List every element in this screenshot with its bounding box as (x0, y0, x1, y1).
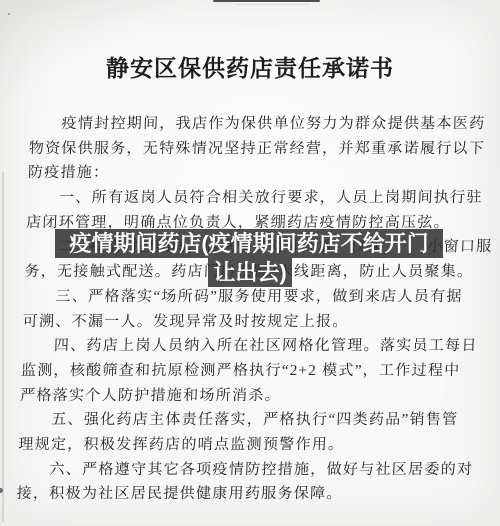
overlay-caption-line2: 让出去) (208, 258, 292, 287)
body-line: 物资保供服务，无特殊情况坚持正常经营，并郑重承诺履行以下 (28, 137, 499, 162)
body-line: 三、严格落实“场所码”服务使用要求，做到来店人员有据 (23, 285, 494, 310)
scan-edge-mark-echo (236, 4, 310, 6)
body-line: 四、药店上岗人员纳入所在社区网格化管理。落实员工每日 (21, 334, 492, 359)
body-line: 理规定，积极发挥药店的哨点监测预警作用。 (18, 433, 489, 458)
overlay-caption-line1: 疫情期间药店(疫情期间药店不给开门 (55, 229, 443, 258)
body-line: 六、严格遵守其它各项疫情防控措施，做好与社区居委的对 (17, 458, 488, 483)
scan-edge-mark (213, 0, 320, 2)
body-line: 接，积极为社区居民提供健康用药服务保障。 (16, 482, 487, 507)
document-title: 静安区保供药店责任承诺书 (0, 53, 500, 83)
scanned-document-page: 静安区保供药店责任承诺书 疫情封控期间，我店作为保供单位努力为群众提供基本医药 … (0, 0, 500, 526)
body-line: 五、强化药店主体责任落实，严格执行“四类药品”销售管 (19, 408, 490, 433)
scan-speck (8, 13, 10, 15)
body-line: 疫情封控期间，我店作为保供单位努力为群众提供基本医药 (29, 112, 500, 137)
body-line: 严格落实个人防护措施和场所消杀。 (20, 384, 491, 409)
page-edge-line (2, 172, 4, 522)
body-line: 可溯、不漏一人。发现异常及时按规定上报。 (22, 310, 493, 335)
body-line: 防疫措施： (27, 161, 498, 186)
document-body: 疫情封控期间，我店作为保供单位努力为群众提供基本医药 物资保供服务，无特殊情况坚… (16, 112, 500, 507)
body-line: 一、所有返岗人员符合相关放行要求，人员上岗期间执行驻 (27, 186, 498, 211)
body-line: 监测，核酸筛查和抗原检测严格执行“2+2 模式”，工作过程中 (21, 359, 492, 384)
